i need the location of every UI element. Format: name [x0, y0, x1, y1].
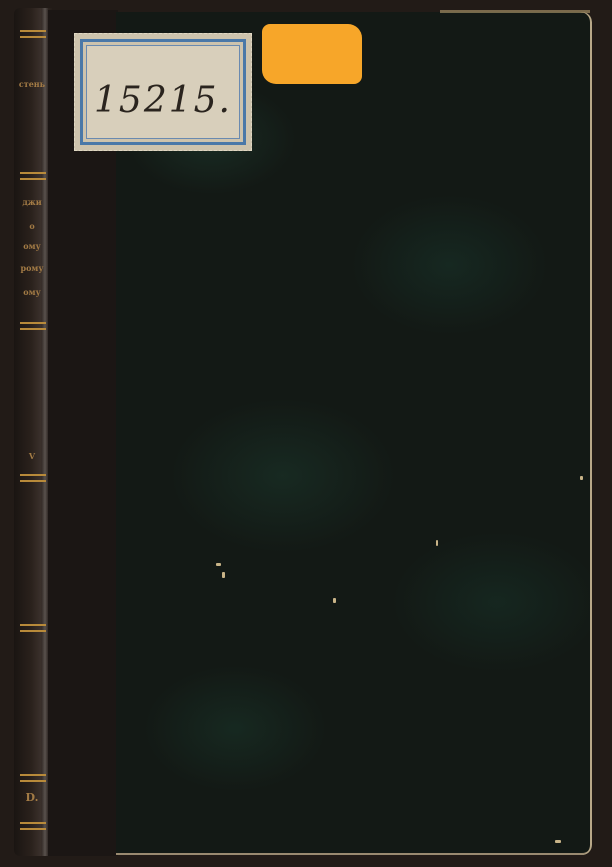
spine-gilt-band [20, 822, 46, 824]
wear-fleck [436, 540, 438, 546]
cover-edge-wear [440, 10, 590, 13]
spine-gilt-band [20, 172, 46, 174]
spine-gilt-band [20, 480, 46, 482]
spine-gilt-band [20, 328, 46, 330]
spine-gilt-band [20, 36, 46, 38]
spine-text-line: ому [18, 288, 46, 296]
label-paper: 15215. [86, 45, 240, 139]
wear-fleck [580, 476, 583, 480]
spine-gilt-band [20, 30, 46, 32]
spine-gilt-band [20, 474, 46, 476]
spine-volume: V [18, 452, 46, 460]
spine-gilt-band [20, 178, 46, 180]
spine-bottom-text: D. [18, 792, 46, 803]
spine-gilt-band [20, 774, 46, 776]
spine-text-line: о [18, 222, 46, 230]
label-number: 15215. [87, 80, 239, 121]
spine-text-line: рому [18, 264, 46, 272]
spine-gilt-band [20, 322, 46, 324]
orange-sticker [262, 24, 362, 84]
spine-text-line: джи [18, 198, 46, 206]
spine-gilt-band [20, 624, 46, 626]
wear-fleck [555, 840, 561, 843]
library-label: 15215. [74, 33, 252, 151]
label-border: 15215. [80, 39, 246, 145]
wear-fleck [222, 572, 225, 578]
spine-gilt-band [20, 630, 46, 632]
wear-fleck [216, 563, 221, 566]
spine-gilt-band [20, 780, 46, 782]
wear-fleck [333, 598, 336, 603]
spine-text-line: ому [18, 242, 46, 250]
spine-title: стень [18, 80, 46, 88]
spine-gilt-band [20, 828, 46, 830]
